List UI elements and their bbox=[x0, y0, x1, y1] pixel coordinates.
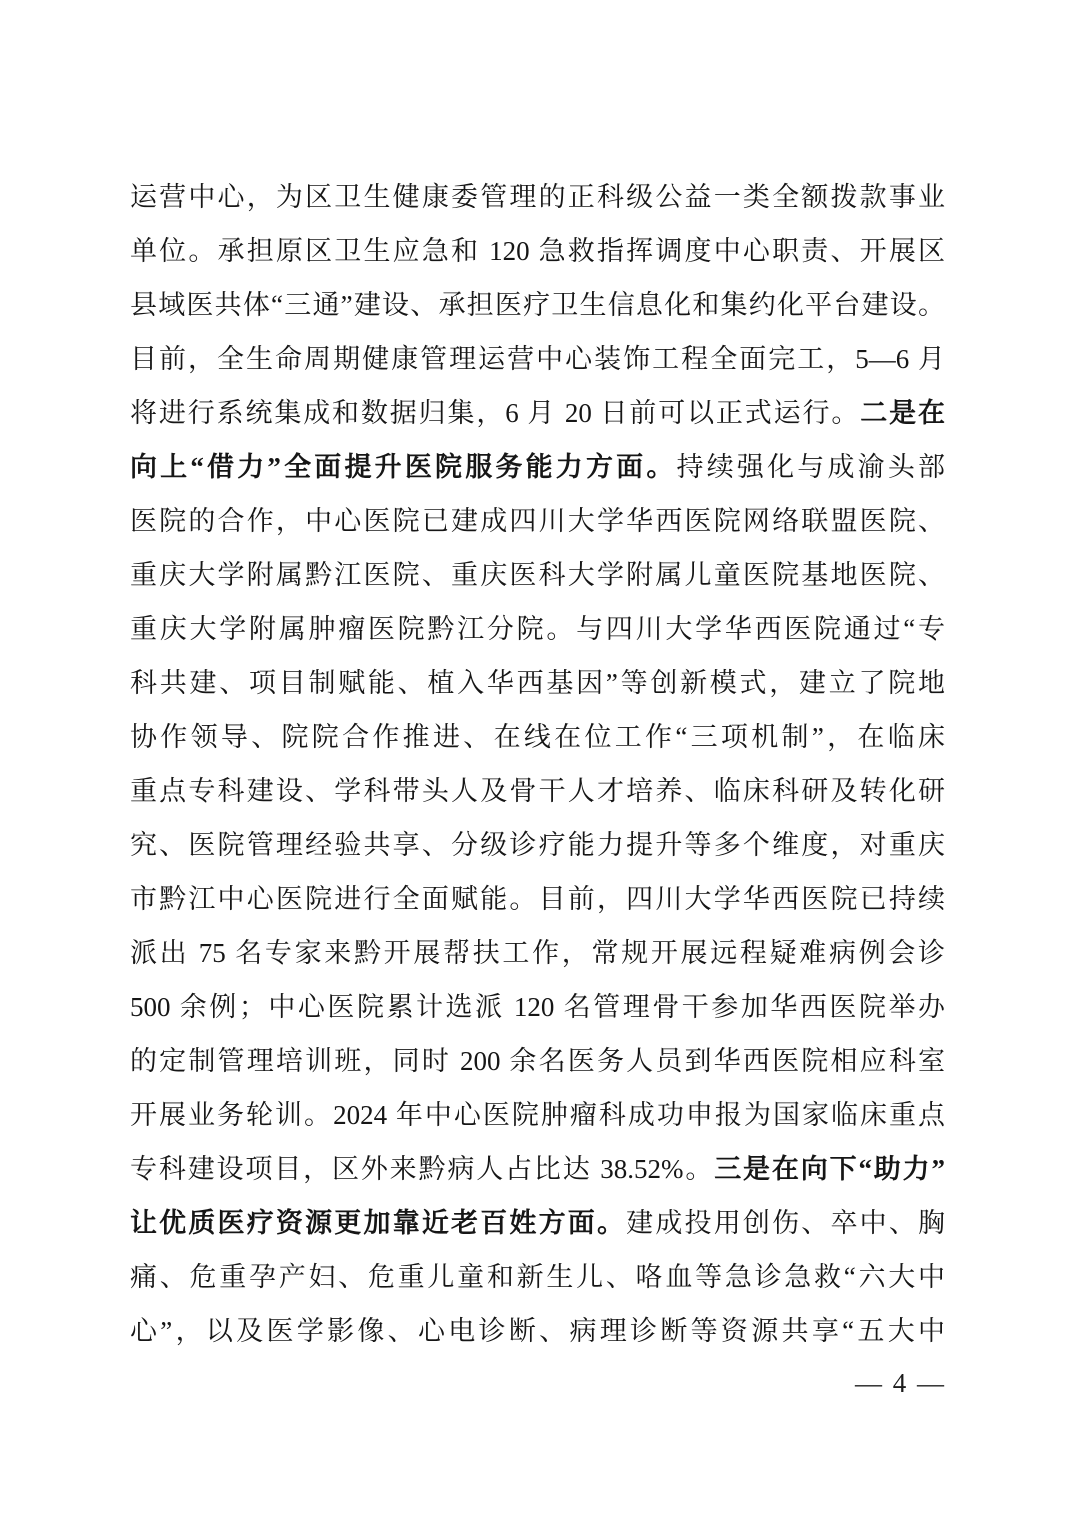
text-line-20: 让优质医疗资源更加靠近老百姓方面。建成投用创伤、卒中、胸 bbox=[130, 1196, 945, 1250]
text-segment: 将进行系统集成和数据归集，6 月 20 日前可以正式运行。 bbox=[130, 398, 860, 428]
text-line-22: 心”，以及医学影像、心电诊断、病理诊断等资源共享“五大中 bbox=[130, 1304, 945, 1358]
text-segment: 派出 75 名专家来黔开展帮扶工作，常规开展远程疑难病例会诊 bbox=[130, 938, 945, 968]
bold-text-segment: 二是在 bbox=[860, 398, 945, 428]
text-line-7: 医院的合作，中心医院已建成四川大学华西医院网络联盟医院、 bbox=[130, 494, 945, 548]
bold-text-segment: 让优质医疗资源更加靠近老百姓方面。 bbox=[130, 1208, 626, 1238]
text-line-12: 重点专科建设、学科带头人及骨干人才培养、临床科研及转化研 bbox=[130, 764, 945, 818]
text-segment: 科共建、项目制赋能、植入华西基因”等创新模式，建立了院地 bbox=[130, 668, 945, 698]
bold-text-segment: 三是在向下“助力” bbox=[714, 1154, 945, 1184]
text-segment: 单位。承担原区卫生应急和 120 急救指挥调度中心职责、开展区 bbox=[130, 236, 945, 266]
text-segment: 运营中心，为区卫生健康委管理的正科级公益一类全额拨款事业 bbox=[130, 182, 945, 212]
text-line-2: 单位。承担原区卫生应急和 120 急救指挥调度中心职责、开展区 bbox=[130, 224, 945, 278]
text-segment: 协作领导、院院合作推进、在线在位工作“三项机制”，在临床 bbox=[130, 722, 945, 752]
document-page: 运营中心，为区卫生健康委管理的正科级公益一类全额拨款事业单位。承担原区卫生应急和… bbox=[0, 0, 1074, 1520]
text-segment: 痛、危重孕产妇、危重儿童和新生儿、咯血等急诊急救“六大中 bbox=[130, 1262, 945, 1292]
text-segment: 重庆大学附属肿瘤医院黔江分院。与四川大学华西医院通过“专 bbox=[130, 614, 945, 644]
text-line-8: 重庆大学附属黔江医院、重庆医科大学附属儿童医院基地医院、 bbox=[130, 548, 945, 602]
text-segment: 的定制管理培训班，同时 200 余名医务人员到华西医院相应科室 bbox=[130, 1046, 945, 1076]
text-line-15: 派出 75 名专家来黔开展帮扶工作，常规开展远程疑难病例会诊 bbox=[130, 926, 945, 980]
text-line-4: 目前，全生命周期健康管理运营中心装饰工程全面完工，5—6 月 bbox=[130, 332, 945, 386]
text-line-9: 重庆大学附属肿瘤医院黔江分院。与四川大学华西医院通过“专 bbox=[130, 602, 945, 656]
text-segment: 建成投用创伤、卒中、胸 bbox=[626, 1208, 945, 1238]
text-segment: 500 余例；中心医院累计选派 120 名管理骨干参加华西医院举办 bbox=[130, 992, 945, 1022]
text-line-3: 县域医共体“三通”建设、承担医疗卫生信息化和集约化平台建设。 bbox=[130, 278, 945, 332]
text-line-19: 专科建设项目，区外来黔病人占比达 38.52%。三是在向下“助力” bbox=[130, 1142, 945, 1196]
text-line-13: 究、医院管理经验共享、分级诊疗能力提升等多个维度，对重庆 bbox=[130, 818, 945, 872]
text-line-6: 向上“借力”全面提升医院服务能力方面。持续强化与成渝头部 bbox=[130, 440, 945, 494]
text-line-10: 科共建、项目制赋能、植入华西基因”等创新模式，建立了院地 bbox=[130, 656, 945, 710]
text-segment: 市黔江中心医院进行全面赋能。目前，四川大学华西医院已持续 bbox=[130, 884, 945, 914]
document-body-text: 运营中心，为区卫生健康委管理的正科级公益一类全额拨款事业单位。承担原区卫生应急和… bbox=[130, 170, 945, 1358]
page-number: — 4 — bbox=[855, 1366, 946, 1400]
text-line-17: 的定制管理培训班，同时 200 余名医务人员到华西医院相应科室 bbox=[130, 1034, 945, 1088]
text-segment: 专科建设项目，区外来黔病人占比达 38.52%。 bbox=[130, 1154, 714, 1184]
bold-text-segment: 向上“借力”全面提升医院服务能力方面。 bbox=[130, 452, 677, 482]
text-segment: 心”，以及医学影像、心电诊断、病理诊断等资源共享“五大中 bbox=[130, 1316, 945, 1346]
text-segment: 究、医院管理经验共享、分级诊疗能力提升等多个维度，对重庆 bbox=[130, 830, 945, 860]
text-segment: 开展业务轮训。2024 年中心医院肿瘤科成功申报为国家临床重点 bbox=[130, 1100, 945, 1130]
text-line-5: 将进行系统集成和数据归集，6 月 20 日前可以正式运行。二是在 bbox=[130, 386, 945, 440]
text-segment: 目前，全生命周期健康管理运营中心装饰工程全面完工，5—6 月 bbox=[130, 344, 945, 374]
text-line-14: 市黔江中心医院进行全面赋能。目前，四川大学华西医院已持续 bbox=[130, 872, 945, 926]
text-segment: 持续强化与成渝头部 bbox=[677, 452, 945, 482]
text-segment: 医院的合作，中心医院已建成四川大学华西医院网络联盟医院、 bbox=[130, 506, 945, 536]
text-line-11: 协作领导、院院合作推进、在线在位工作“三项机制”，在临床 bbox=[130, 710, 945, 764]
text-segment: 重点专科建设、学科带头人及骨干人才培养、临床科研及转化研 bbox=[130, 776, 945, 806]
text-line-21: 痛、危重孕产妇、危重儿童和新生儿、咯血等急诊急救“六大中 bbox=[130, 1250, 945, 1304]
text-line-16: 500 余例；中心医院累计选派 120 名管理骨干参加华西医院举办 bbox=[130, 980, 945, 1034]
text-line-1: 运营中心，为区卫生健康委管理的正科级公益一类全额拨款事业 bbox=[130, 170, 945, 224]
text-segment: 县域医共体“三通”建设、承担医疗卫生信息化和集约化平台建设。 bbox=[130, 290, 945, 320]
text-segment: 重庆大学附属黔江医院、重庆医科大学附属儿童医院基地医院、 bbox=[130, 560, 945, 590]
text-line-18: 开展业务轮训。2024 年中心医院肿瘤科成功申报为国家临床重点 bbox=[130, 1088, 945, 1142]
